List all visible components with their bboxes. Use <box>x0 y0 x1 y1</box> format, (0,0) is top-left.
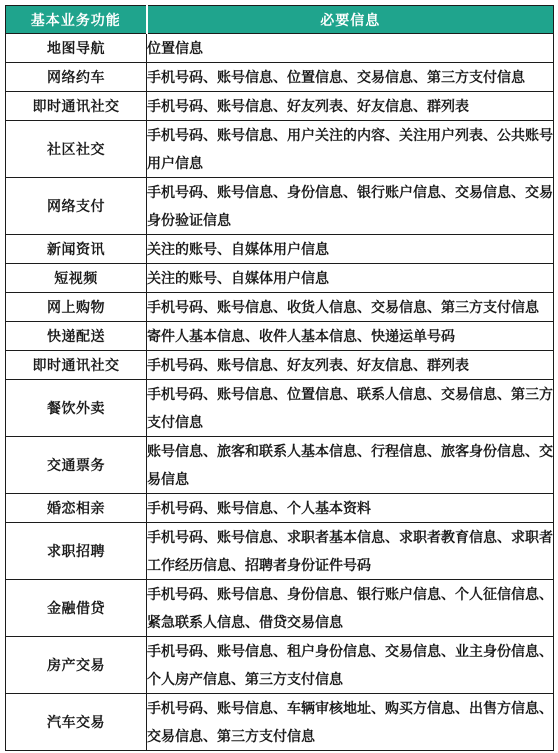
info-cell: 手机号码、账号信息、用户关注的内容、关注用户列表、公共账号用户信息 <box>147 121 554 178</box>
function-cell: 房产交易 <box>6 637 147 694</box>
function-cell: 社区社交 <box>6 121 147 178</box>
function-cell: 网络支付 <box>6 178 147 235</box>
info-cell: 关注的账号、自媒体用户信息 <box>147 235 554 264</box>
info-cell: 关注的账号、自媒体用户信息 <box>147 264 554 293</box>
function-cell: 餐饮外卖 <box>6 380 147 437</box>
function-cell: 金融借贷 <box>6 580 147 637</box>
info-cell: 手机号码、账号信息、车辆审核地址、购买方信息、出售方信息、交易信息、第三方支付信… <box>147 694 554 751</box>
table-row: 交通票务账号信息、旅客和联系人基本信息、行程信息、旅客身份信息、交易信息 <box>6 437 554 494</box>
table-row: 即时通讯社交手机号码、账号信息、好友列表、好友信息、群列表 <box>6 92 554 121</box>
table-row: 短视频关注的账号、自媒体用户信息 <box>6 264 554 293</box>
table-row: 网络支付手机号码、账号信息、身份信息、银行账户信息、交易信息、交易身份验证信息 <box>6 178 554 235</box>
info-cell: 手机号码、账号信息、身份信息、银行账户信息、交易信息、交易身份验证信息 <box>147 178 554 235</box>
function-cell: 婚恋相亲 <box>6 494 147 523</box>
table-header: 基本业务功能 必要信息 <box>6 6 554 34</box>
table-row: 餐饮外卖手机号码、账号信息、位置信息、联系人信息、交易信息、第三方支付信息 <box>6 380 554 437</box>
function-cell: 网上购物 <box>6 293 147 322</box>
header-function-col: 基本业务功能 <box>6 6 147 34</box>
table-row: 网络约车手机号码、账号信息、位置信息、交易信息、第三方支付信息 <box>6 63 554 92</box>
function-cell: 交通票务 <box>6 437 147 494</box>
function-cell: 网络约车 <box>6 63 147 92</box>
table-row: 社区社交手机号码、账号信息、用户关注的内容、关注用户列表、公共账号用户信息 <box>6 121 554 178</box>
table-row: 即时通讯社交手机号码、账号信息、好友列表、好友信息、群列表 <box>6 351 554 380</box>
function-cell: 即时通讯社交 <box>6 351 147 380</box>
function-cell: 新闻资讯 <box>6 235 147 264</box>
document-page: 基本业务功能 必要信息 地图导航位置信息网络约车手机号码、账号信息、位置信息、交… <box>0 0 558 753</box>
table-row: 金融借贷手机号码、账号信息、身份信息、银行账户信息、个人征信信息、紧急联系人信息… <box>6 580 554 637</box>
info-cell: 手机号码、账号信息、好友列表、好友信息、群列表 <box>147 92 554 121</box>
table-row: 求职招聘手机号码、账号信息、求职者基本信息、求职者教育信息、求职者工作经历信息、… <box>6 523 554 580</box>
basic-functions-table: 基本业务功能 必要信息 地图导航位置信息网络约车手机号码、账号信息、位置信息、交… <box>5 5 554 751</box>
table-row: 房产交易手机号码、账号信息、租户身份信息、交易信息、业主身份信息、个人房产信息、… <box>6 637 554 694</box>
function-cell: 快递配送 <box>6 322 147 351</box>
info-cell: 寄件人基本信息、收件人基本信息、快递运单号码 <box>147 322 554 351</box>
table-body: 地图导航位置信息网络约车手机号码、账号信息、位置信息、交易信息、第三方支付信息即… <box>6 34 554 751</box>
table-row: 快递配送寄件人基本信息、收件人基本信息、快递运单号码 <box>6 322 554 351</box>
table-row: 汽车交易手机号码、账号信息、车辆审核地址、购买方信息、出售方信息、交易信息、第三… <box>6 694 554 751</box>
function-cell: 即时通讯社交 <box>6 92 147 121</box>
header-row: 基本业务功能 必要信息 <box>6 6 554 34</box>
info-cell: 手机号码、账号信息、好友列表、好友信息、群列表 <box>147 351 554 380</box>
info-cell: 手机号码、账号信息、位置信息、联系人信息、交易信息、第三方支付信息 <box>147 380 554 437</box>
info-cell: 手机号码、账号信息、位置信息、交易信息、第三方支付信息 <box>147 63 554 92</box>
table-row: 新闻资讯关注的账号、自媒体用户信息 <box>6 235 554 264</box>
info-cell: 手机号码、账号信息、收货人信息、交易信息、第三方支付信息 <box>147 293 554 322</box>
function-cell: 汽车交易 <box>6 694 147 751</box>
function-cell: 地图导航 <box>6 34 147 63</box>
header-info-col: 必要信息 <box>147 6 554 34</box>
function-cell: 短视频 <box>6 264 147 293</box>
info-cell: 手机号码、账号信息、身份信息、银行账户信息、个人征信信息、紧急联系人信息、借贷交… <box>147 580 554 637</box>
table-row: 婚恋相亲手机号码、账号信息、个人基本资料 <box>6 494 554 523</box>
function-cell: 求职招聘 <box>6 523 147 580</box>
info-cell: 手机号码、账号信息、租户身份信息、交易信息、业主身份信息、个人房产信息、第三方支… <box>147 637 554 694</box>
info-cell: 账号信息、旅客和联系人基本信息、行程信息、旅客身份信息、交易信息 <box>147 437 554 494</box>
info-cell: 位置信息 <box>147 34 554 63</box>
info-cell: 手机号码、账号信息、个人基本资料 <box>147 494 554 523</box>
info-cell: 手机号码、账号信息、求职者基本信息、求职者教育信息、求职者工作经历信息、招聘者身… <box>147 523 554 580</box>
table-row: 地图导航位置信息 <box>6 34 554 63</box>
table-row: 网上购物手机号码、账号信息、收货人信息、交易信息、第三方支付信息 <box>6 293 554 322</box>
